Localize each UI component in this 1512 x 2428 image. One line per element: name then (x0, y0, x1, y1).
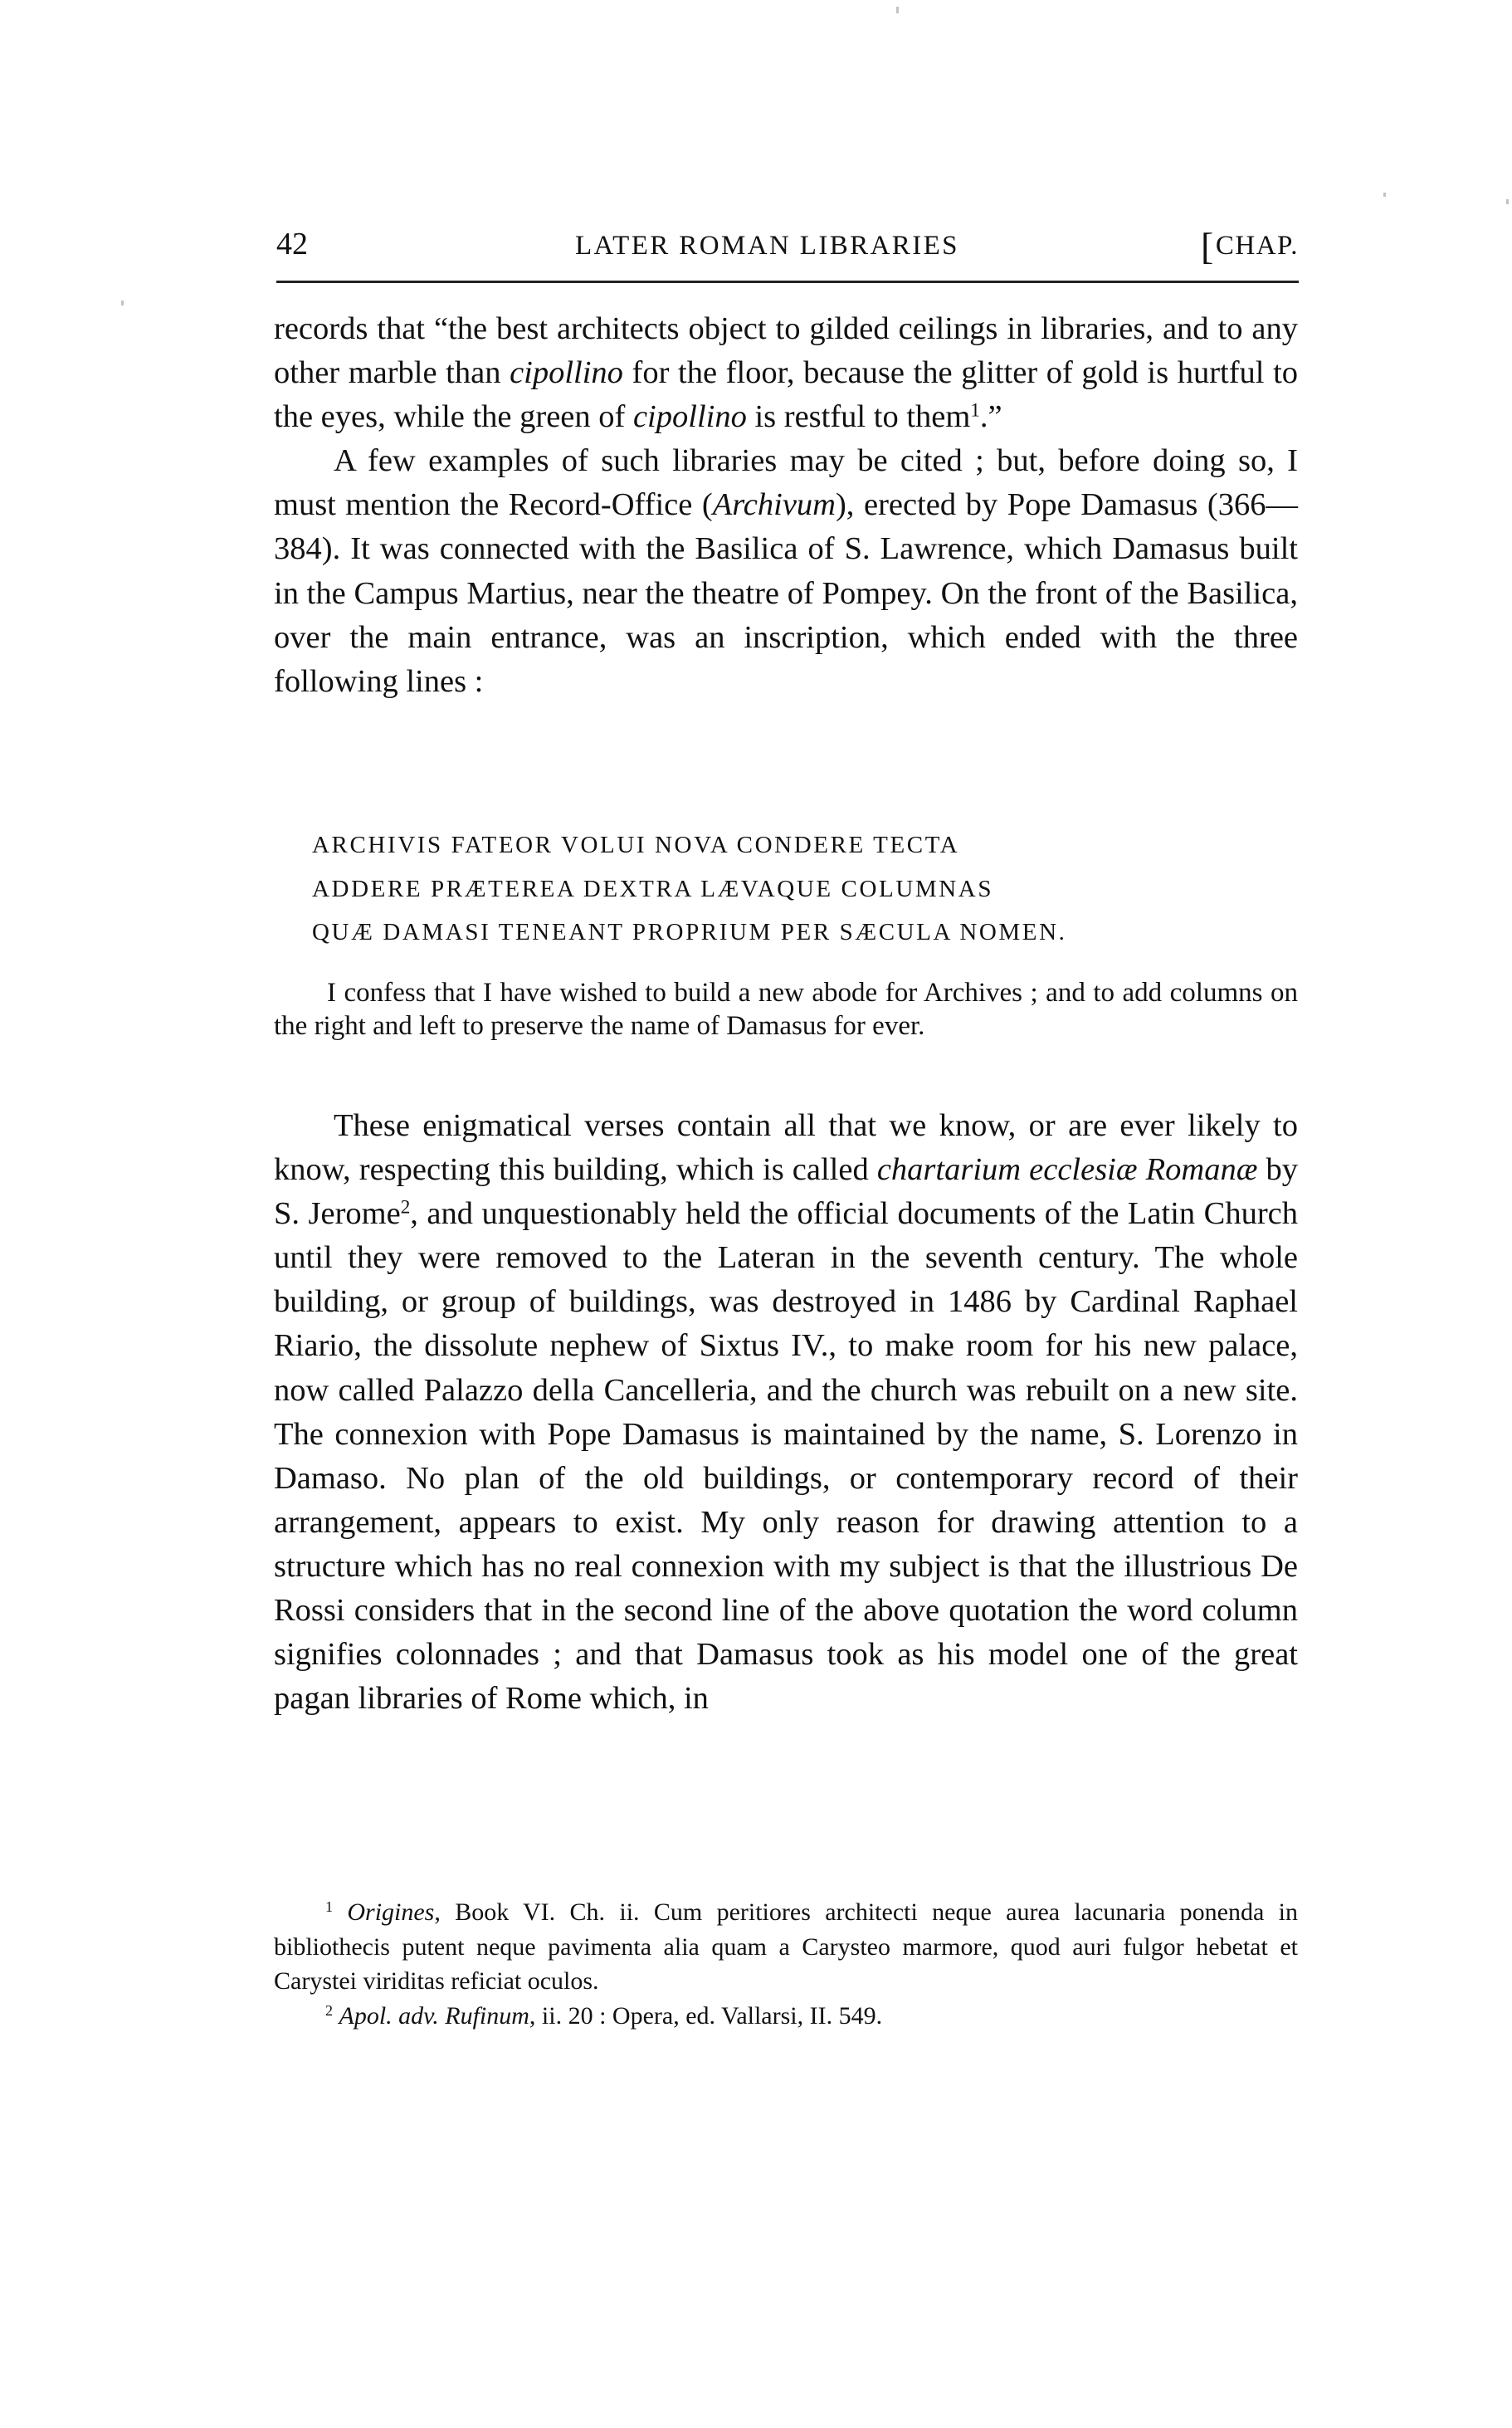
inscription-line: QUÆ DAMASI TENEANT PROPRIUM PER SÆCULA N… (312, 911, 1291, 955)
body-lower: These enigmatical verses contain all tha… (274, 1104, 1298, 1721)
footnote-source: Origines (347, 1898, 434, 1926)
italic-term: Archivum (713, 487, 836, 522)
footnote-ref-1[interactable]: 1 (970, 398, 980, 420)
header-rule (276, 281, 1299, 283)
scan-speck (1383, 193, 1386, 197)
paragraph-3: These enigmatical verses contain all tha… (274, 1104, 1298, 1721)
footnote-2: 2 Apol. adv. Rufinum, ii. 20 : Opera, ed… (274, 1999, 1298, 2034)
inscription-line: ARCHIVIS FATEOR VOLUI NOVA CONDERE TECTA (312, 823, 1291, 867)
bracket-glyph: [ (1201, 225, 1215, 267)
paragraph-1: records that “the best architects object… (274, 307, 1298, 439)
running-head: 42 LATER ROMAN LIBRARIES [CHAP. (276, 226, 1299, 262)
page-number: 42 (276, 226, 308, 262)
inscription-translation: I confess that I have wished to build a … (274, 977, 1298, 1043)
chapter-text: CHAP. (1216, 231, 1299, 261)
footnote-marker: 1 (325, 1898, 333, 1915)
latin-inscription: ARCHIVIS FATEOR VOLUI NOVA CONDERE TECTA… (312, 823, 1291, 955)
footnote-1: 1 Origines, Book VI. Ch. ii. Cum peritio… (274, 1895, 1298, 1999)
footnote-ref-2[interactable]: 2 (401, 1195, 411, 1217)
footnote-source: Apol. adv. Rufinum (339, 2002, 529, 2030)
footnote-marker: 2 (325, 2002, 333, 2019)
italic-term: cipollino (633, 399, 747, 434)
scan-speck (896, 7, 899, 13)
inscription-line: ADDERE PRÆTEREA DEXTRA LÆVAQUE COLUMNAS (312, 867, 1291, 911)
running-title: LATER ROMAN LIBRARIES (575, 227, 959, 264)
scan-speck (1506, 199, 1509, 204)
chapter-label: [CHAP. (1201, 227, 1299, 265)
italic-term: chartarium ecclesiæ Romanæ (877, 1152, 1258, 1187)
footnotes: 1 Origines, Book VI. Ch. ii. Cum peritio… (274, 1895, 1298, 2033)
scan-speck (121, 300, 124, 305)
italic-term: cipollino (510, 355, 623, 390)
paragraph-2: A few examples of such libraries may be … (274, 439, 1298, 704)
body-upper: records that “the best architects object… (274, 307, 1298, 704)
